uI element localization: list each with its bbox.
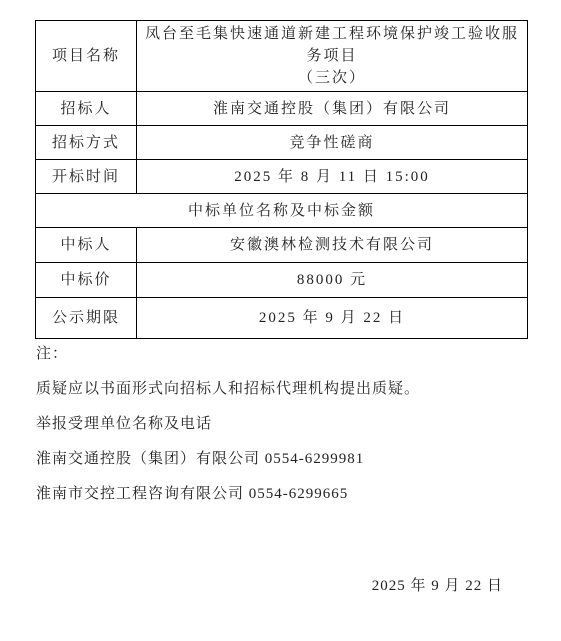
row-label-winning-price: 中标价	[36, 263, 137, 298]
row-label-project-name: 项目名称	[36, 21, 137, 92]
footer-date: 2025 年 9 月 22 日	[0, 576, 503, 596]
table-row-opening-time: 开标时间 2025 年 8 月 11 日 15:00	[36, 160, 528, 194]
section-header: 中标单位名称及中标金额	[36, 194, 528, 228]
table-row-winner: 中标人 安徽澳林检测技术有限公司	[36, 228, 528, 263]
table-row-project-name: 项目名称 凤台至毛集快速通道新建工程环境保护竣工验收服务项目 （三次）	[36, 21, 528, 92]
table-row-winning-price: 中标价 88000 元	[36, 263, 528, 298]
row-value-winner: 安徽澳林检测技术有限公司	[137, 228, 528, 263]
notes-section: 注： 质疑应以书面形式向招标人和招标代理机构提出质疑。 举报受理单位名称及电话 …	[36, 344, 526, 519]
row-value-publicity-period: 2025 年 9 月 22 日	[137, 298, 528, 339]
row-value-project-name: 凤台至毛集快速通道新建工程环境保护竣工验收服务项目 （三次）	[137, 21, 528, 92]
bid-award-notice-table: 项目名称 凤台至毛集快速通道新建工程环境保护竣工验收服务项目 （三次） 招标人 …	[35, 20, 528, 339]
note-line-contact-2: 淮南市交控工程咨询有限公司 0554-6299665	[36, 484, 526, 504]
table-row-publicity-period: 公示期限 2025 年 9 月 22 日	[36, 298, 528, 339]
note-line-contact-1: 淮南交通控股（集团）有限公司 0554-6299981	[36, 449, 526, 469]
row-value-bid-method: 竞争性磋商	[137, 126, 528, 160]
row-label-bid-method: 招标方式	[36, 126, 137, 160]
row-label-publicity-period: 公示期限	[36, 298, 137, 339]
note-line-objection: 质疑应以书面形式向招标人和招标代理机构提出质疑。	[36, 379, 526, 399]
row-value-tenderer: 淮南交通控股（集团）有限公司	[137, 92, 528, 126]
table-row-tenderer: 招标人 淮南交通控股（集团）有限公司	[36, 92, 528, 126]
note-line-report-heading: 举报受理单位名称及电话	[36, 414, 526, 434]
row-label-tenderer: 招标人	[36, 92, 137, 126]
row-value-winning-price: 88000 元	[137, 263, 528, 298]
row-label-opening-time: 开标时间	[36, 160, 137, 194]
row-label-winner: 中标人	[36, 228, 137, 263]
row-value-opening-time: 2025 年 8 月 11 日 15:00	[137, 160, 528, 194]
table-row-section-header: 中标单位名称及中标金额	[36, 194, 528, 228]
table-row-bid-method: 招标方式 竞争性磋商	[36, 126, 528, 160]
notes-title: 注：	[36, 344, 526, 364]
